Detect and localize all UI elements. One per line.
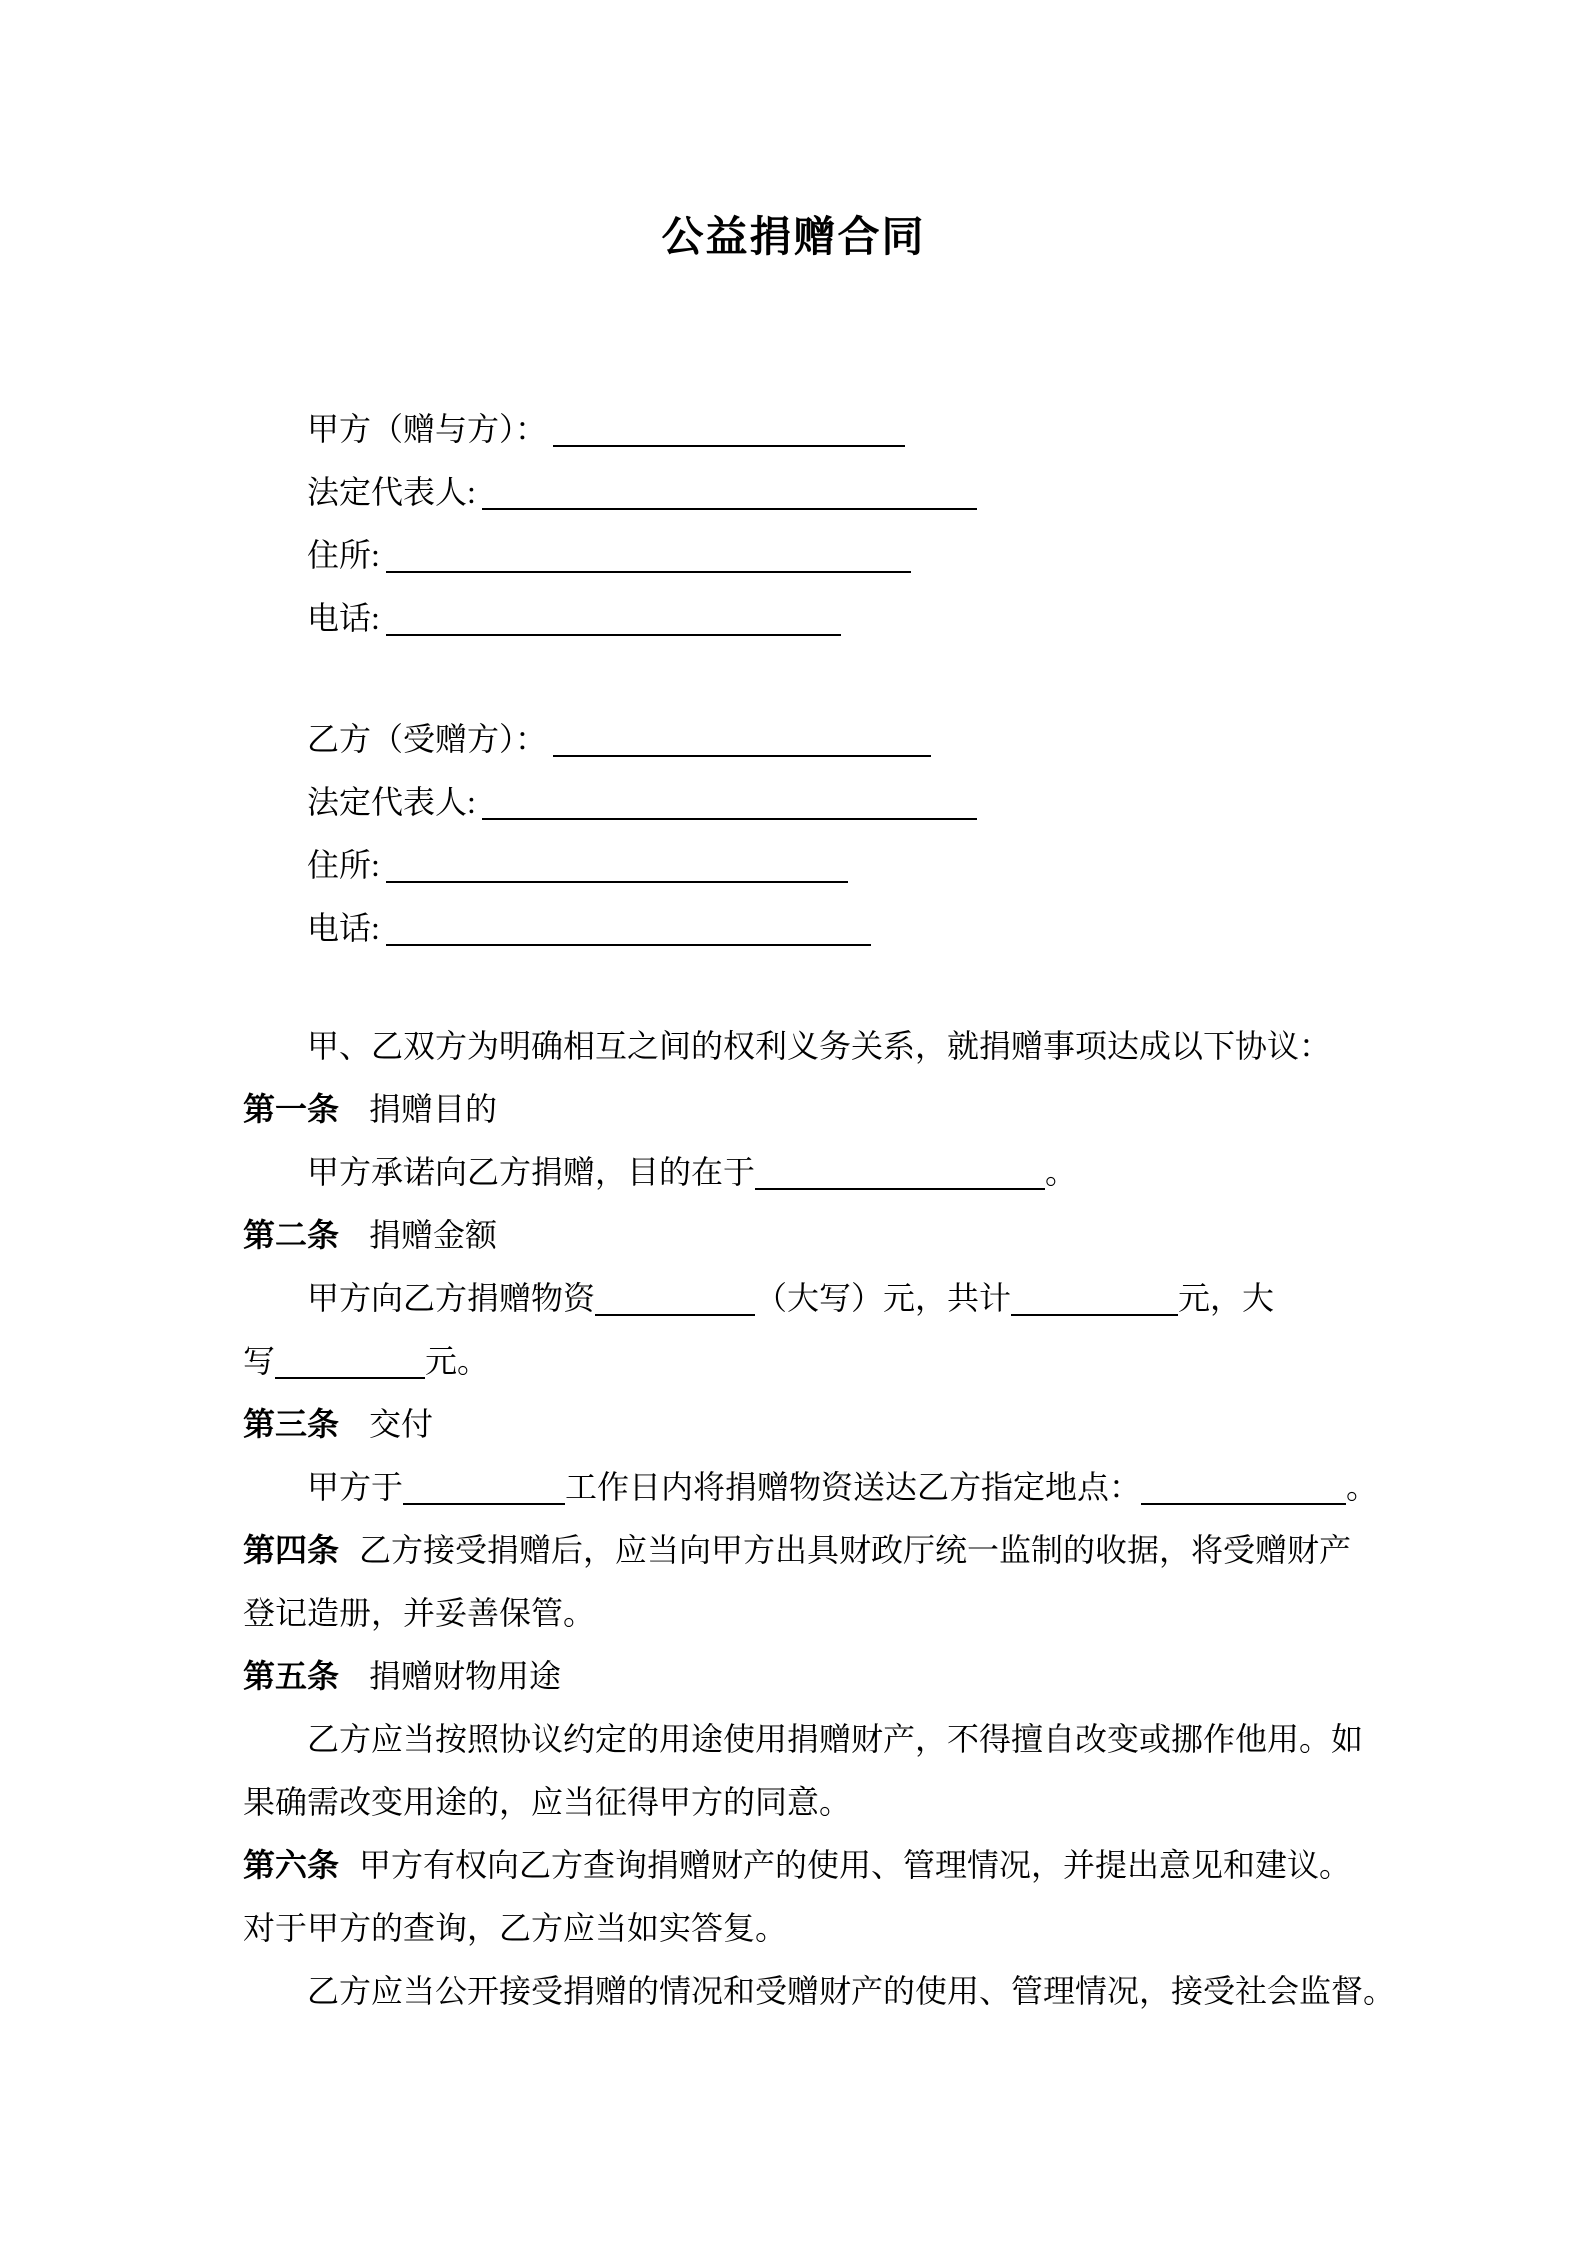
amount-uppercase-blank-field[interactable] <box>595 1302 755 1316</box>
article2-text-mid: （大写）元，共计 <box>755 1280 1011 1316</box>
party-b-block: 乙方（受赠方）： 法定代表人: 住所: 电话: <box>243 708 1467 960</box>
article1-text-end: 。 <box>1045 1154 1077 1190</box>
party-b-phone-row: 电话: <box>243 897 1467 960</box>
preamble-paragraph: 甲、乙双方为明确相互之间的权利义务关系，就捐赠事项达成以下协议： <box>243 1015 1467 1078</box>
party-b-addr-label: 住所: <box>307 847 380 883</box>
article3-heading-row: 第三条交付 <box>243 1393 1467 1456</box>
party-a-phone-label: 电话: <box>307 600 380 636</box>
delivery-days-blank-field[interactable] <box>403 1491 565 1505</box>
party-a-rep-label: 法定代表人: <box>307 474 476 510</box>
article5-text2: 果确需改变用途的，应当征得甲方的同意。 <box>243 1784 851 1820</box>
party-a-phone-row: 电话: <box>243 587 1467 650</box>
article1-heading-row: 第一条捐赠目的 <box>243 1078 1467 1141</box>
article2-body-row2: 写元。 <box>243 1330 1467 1393</box>
party-b-phone-blank-field[interactable] <box>386 932 871 946</box>
article6-text2: 对于甲方的查询，乙方应当如实答复。 <box>243 1910 787 1946</box>
article1-body-row: 甲方承诺向乙方捐赠，目的在于。 <box>243 1141 1467 1204</box>
party-a-name-blank-field[interactable] <box>553 433 905 447</box>
party-b-name-row: 乙方（受赠方）： <box>243 708 1467 771</box>
article3-heading: 交付 <box>369 1406 433 1442</box>
article5-heading: 捐赠财物用途 <box>369 1658 561 1694</box>
article6-text3: 乙方应当公开接受捐赠的情况和受赠财产的使用、管理情况，接受社会监督。 <box>307 1973 1395 2009</box>
article2-text-post: 元，大 <box>1178 1280 1274 1316</box>
article2-body-row1: 甲方向乙方捐赠物资（大写）元，共计元，大 <box>243 1267 1467 1330</box>
donation-purpose-blank-field[interactable] <box>755 1176 1045 1190</box>
article6-body-row3: 乙方应当公开接受捐赠的情况和受赠财产的使用、管理情况，接受社会监督。 <box>243 1960 1467 2023</box>
article4-text1: 乙方接受捐赠后，应当向甲方出具财政厅统一监制的收据，将受赠财产 <box>359 1532 1351 1568</box>
article4-body-row2: 登记造册，并妥善保管。 <box>243 1582 1467 1645</box>
preamble-text: 甲、乙双方为明确相互之间的权利义务关系，就捐赠事项达成以下协议： <box>307 1028 1331 1064</box>
article6-body-row1: 第六条甲方有权向乙方查询捐赠财产的使用、管理情况，并提出意见和建议。 <box>243 1834 1467 1897</box>
article2-text2-pre: 写 <box>243 1343 275 1379</box>
article3-text-pre: 甲方于 <box>307 1469 403 1505</box>
delivery-address-blank-field[interactable] <box>1141 1491 1346 1505</box>
article3-number: 第三条 <box>243 1406 339 1442</box>
party-a-addr-row: 住所: <box>243 524 1467 587</box>
party-b-phone-label: 电话: <box>307 910 380 946</box>
party-a-name-label: 甲方（赠与方）： <box>307 411 547 447</box>
article3-body-row: 甲方于工作日内将捐赠物资送达乙方指定地点：。 <box>243 1456 1467 1519</box>
article4-body-row1: 第四条乙方接受捐赠后，应当向甲方出具财政厅统一监制的收据，将受赠财产 <box>243 1519 1467 1582</box>
article6-number: 第六条 <box>243 1847 339 1883</box>
article4-text2: 登记造册，并妥善保管。 <box>243 1595 595 1631</box>
document-content: 甲方（赠与方）： 法定代表人: 住所: 电话: 乙方（受赠方）： 法定代表人: … <box>0 398 1587 2023</box>
party-b-name-blank-field[interactable] <box>553 743 931 757</box>
article2-number: 第二条 <box>243 1217 339 1253</box>
article1-heading: 捐赠目的 <box>369 1091 497 1127</box>
party-a-rep-row: 法定代表人: <box>243 461 1467 524</box>
article2-heading-row: 第二条捐赠金额 <box>243 1204 1467 1267</box>
article3-text-mid: 工作日内将捐赠物资送达乙方指定地点： <box>565 1469 1141 1505</box>
contract-body: 甲、乙双方为明确相互之间的权利义务关系，就捐赠事项达成以下协议： 第一条捐赠目的… <box>243 1015 1467 2023</box>
article1-number: 第一条 <box>243 1091 339 1127</box>
amount-total-blank-field[interactable] <box>1011 1302 1178 1316</box>
party-a-rep-blank-field[interactable] <box>482 496 977 510</box>
article2-heading: 捐赠金额 <box>369 1217 497 1253</box>
article5-body-row1: 乙方应当按照协议约定的用途使用捐赠财产，不得擅自改变或挪作他用。如 <box>243 1708 1467 1771</box>
article5-heading-row: 第五条捐赠财物用途 <box>243 1645 1467 1708</box>
article2-text2-post: 元。 <box>425 1343 489 1379</box>
party-b-rep-blank-field[interactable] <box>482 806 977 820</box>
party-a-addr-blank-field[interactable] <box>386 559 911 573</box>
party-b-name-label: 乙方（受赠方）： <box>307 721 547 757</box>
party-b-addr-row: 住所: <box>243 834 1467 897</box>
article2-text-pre: 甲方向乙方捐赠物资 <box>307 1280 595 1316</box>
article5-number: 第五条 <box>243 1658 339 1694</box>
party-a-name-row: 甲方（赠与方）： <box>243 398 1467 461</box>
party-b-rep-row: 法定代表人: <box>243 771 1467 834</box>
party-a-phone-blank-field[interactable] <box>386 622 841 636</box>
article1-text: 甲方承诺向乙方捐赠，目的在于 <box>307 1154 755 1190</box>
article6-body-row2: 对于甲方的查询，乙方应当如实答复。 <box>243 1897 1467 1960</box>
article5-body-row2: 果确需改变用途的，应当征得甲方的同意。 <box>243 1771 1467 1834</box>
party-a-addr-label: 住所: <box>307 537 380 573</box>
article3-text-post: 。 <box>1346 1469 1378 1505</box>
article6-text1: 甲方有权向乙方查询捐赠财产的使用、管理情况，并提出意见和建议。 <box>359 1847 1351 1883</box>
article5-text1: 乙方应当按照协议约定的用途使用捐赠财产，不得擅自改变或挪作他用。如 <box>307 1721 1363 1757</box>
party-b-addr-blank-field[interactable] <box>386 869 848 883</box>
party-a-block: 甲方（赠与方）： 法定代表人: 住所: 电话: <box>243 398 1467 650</box>
article4-number: 第四条 <box>243 1532 339 1568</box>
document-title: 公益捐赠合同 <box>0 202 1587 274</box>
contract-page: 公益捐赠合同 甲方（赠与方）： 法定代表人: 住所: 电话: 乙方（受赠方）： … <box>0 0 1587 2245</box>
party-b-rep-label: 法定代表人: <box>307 784 476 820</box>
amount-uppercase2-blank-field[interactable] <box>275 1365 425 1379</box>
